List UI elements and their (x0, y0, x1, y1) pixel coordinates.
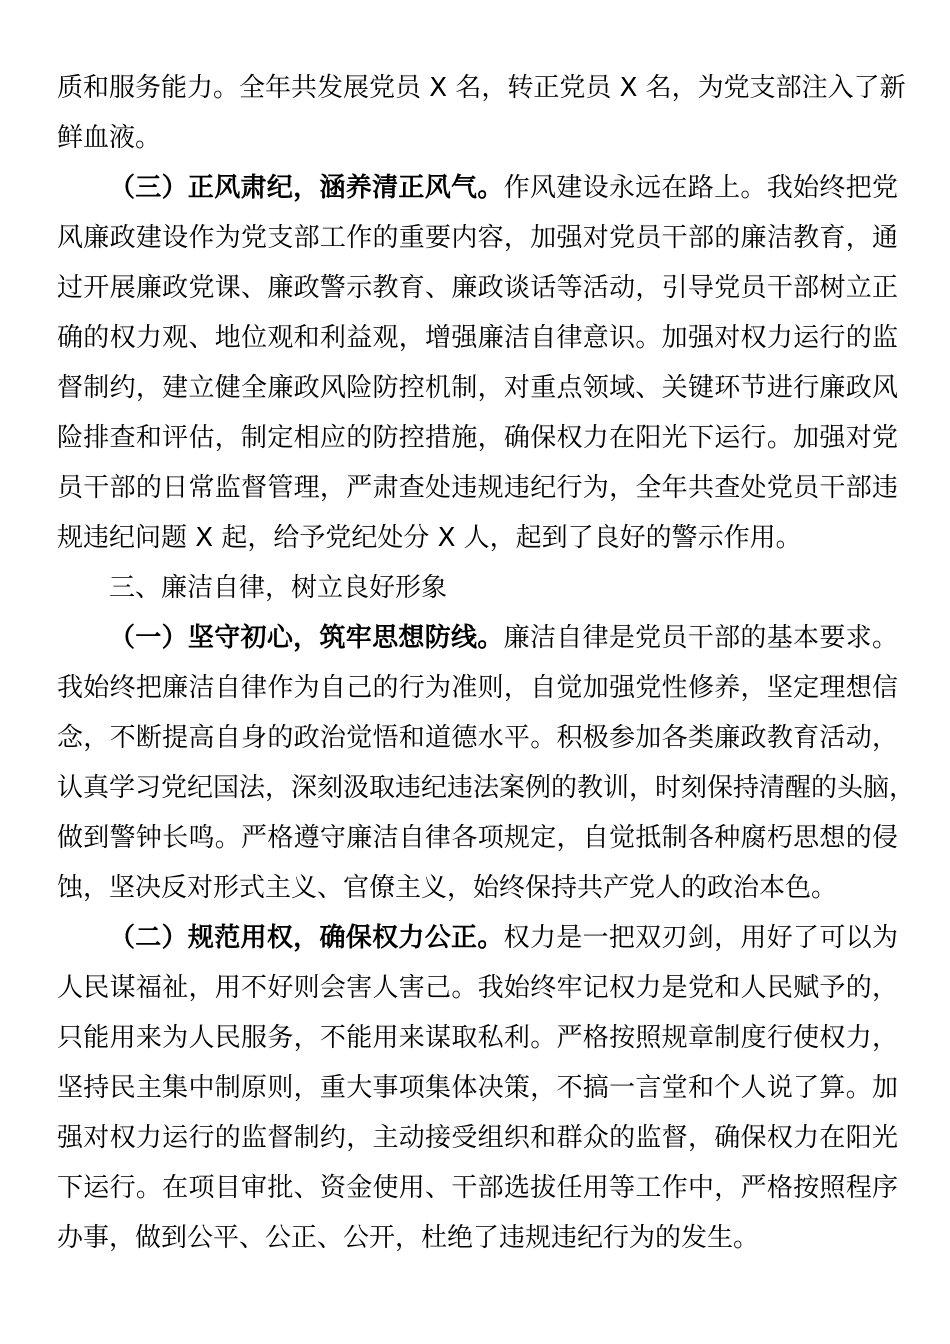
body-text: 员干部的日常监督管理，严肃查处违规违纪行为，全年共查处党员干部违 (57, 473, 898, 503)
heading-bold-text: （一）坚守初心，筑牢思想防线。 (109, 623, 504, 653)
text-line: （二）规范用权，确保权力公正。权力是一把双刃剑，用好了可以为 (57, 913, 898, 963)
text-line: 过开展廉政党课、廉政警示教育、廉政谈话等活动，引导党员干部树立正 (57, 263, 898, 313)
body-text: 确的权力观、地位观和利益观，增强廉洁自律意识。加强对权力运行的监 (57, 323, 898, 353)
text-line: 只能用来为人民服务，不能用来谋取私利。严格按照规章制度行使权力， (57, 1013, 898, 1063)
body-text: 鲜血液。 (57, 123, 161, 153)
document-body: 质和服务能力。全年共发展党员 X 名，转正党员 X 名，为党支部注入了新鲜血液。… (57, 63, 898, 1263)
text-line: 员干部的日常监督管理，严肃查处违规违纪行为，全年共查处党员干部违 (57, 463, 898, 513)
text-line: （一）坚守初心，筑牢思想防线。廉洁自律是党员干部的基本要求。 (57, 613, 898, 663)
body-text: 廉洁自律是党员干部的基本要求。 (504, 623, 898, 653)
text-line: 坚持民主集中制原则，重大事项集体决策，不搞一言堂和个人说了算。加 (57, 1063, 898, 1113)
body-text: 办事，做到公平、公正、公开，杜绝了违规违纪行为的发生。 (57, 1223, 759, 1253)
text-line: 认真学习党纪国法，深刻汲取违纪违法案例的教训，时刻保持清醒的头脑， (57, 763, 898, 813)
body-text: 只能用来为人民服务，不能用来谋取私利。严格按照规章制度行使权力， (57, 1023, 898, 1053)
text-line: 确的权力观、地位观和利益观，增强廉洁自律意识。加强对权力运行的监 (57, 313, 898, 363)
body-text: 风廉政建设作为党支部工作的重要内容，加强对党员干部的廉洁教育，通 (57, 223, 898, 253)
heading-bold-text: （三）正风肃纪，涵养清正风气。 (109, 173, 504, 203)
text-line: 督制约，建立健全廉政风险防控机制，对重点领域、关键环节进行廉政风 (57, 363, 898, 413)
text-line: 风廉政建设作为党支部工作的重要内容，加强对党员干部的廉洁教育，通 (57, 213, 898, 263)
body-text: 坚持民主集中制原则，重大事项集体决策，不搞一言堂和个人说了算。加 (57, 1073, 898, 1103)
text-line: 办事，做到公平、公正、公开，杜绝了违规违纪行为的发生。 (57, 1213, 898, 1263)
document-page: 质和服务能力。全年共发展党员 X 名，转正党员 X 名，为党支部注入了新鲜血液。… (0, 0, 950, 1344)
body-text: 质和服务能力。全年共发展党员 X 名，转正党员 X 名，为党支部注入了新 (57, 73, 906, 103)
text-line: （三）正风肃纪，涵养清正风气。作风建设永远在路上。我始终把党 (57, 163, 898, 213)
text-line: 下运行。在项目审批、资金使用、干部选拔任用等工作中，严格按照程序 (57, 1163, 898, 1213)
body-text: 过开展廉政党课、廉政警示教育、廉政谈话等活动，引导党员干部树立正 (57, 273, 898, 303)
text-line: 蚀，坚决反对形式主义、官僚主义，始终保持共产党人的政治本色。 (57, 863, 898, 913)
body-text: 下运行。在项目审批、资金使用、干部选拔任用等工作中，严格按照程序 (57, 1173, 898, 1203)
text-line: 做到警钟长鸣。严格遵守廉洁自律各项规定，自觉抵制各种腐朽思想的侵 (57, 813, 898, 863)
text-line: 念，不断提高自身的政治觉悟和道德水平。积极参加各类廉政教育活动， (57, 713, 898, 763)
body-text: 念，不断提高自身的政治觉悟和道德水平。积极参加各类廉政教育活动， (57, 723, 898, 753)
text-line: 鲜血液。 (57, 113, 898, 163)
body-text: 作风建设永远在路上。我始终把党 (504, 173, 898, 203)
body-text: 人民谋福祉，用不好则会害人害己。我始终牢记权力是党和人民赋予的， (57, 973, 898, 1003)
body-text: 督制约，建立健全廉政风险防控机制，对重点领域、关键环节进行廉政风 (57, 373, 898, 403)
text-line: 险排查和评估，制定相应的防控措施，确保权力在阳光下运行。加强对党 (57, 413, 898, 463)
body-text: 做到警钟长鸣。严格遵守廉洁自律各项规定，自觉抵制各种腐朽思想的侵 (57, 823, 898, 853)
body-text: 权力是一把双刃剑，用好了可以为 (504, 923, 898, 953)
body-text: 强对权力运行的监督制约，主动接受组织和群众的监督，确保权力在阳光 (57, 1123, 898, 1153)
heading-bold-text: （二）规范用权，确保权力公正。 (109, 923, 504, 953)
body-text: 我始终把廉洁自律作为自己的行为准则，自觉加强党性修养，坚定理想信 (57, 673, 898, 703)
body-text: 蚀，坚决反对形式主义、官僚主义，始终保持共产党人的政治本色。 (57, 873, 837, 903)
body-text: 认真学习党纪国法，深刻汲取违纪违法案例的教训，时刻保持清醒的头脑， (57, 773, 915, 803)
text-line: 质和服务能力。全年共发展党员 X 名，转正党员 X 名，为党支部注入了新 (57, 63, 898, 113)
body-text: 险排查和评估，制定相应的防控措施，确保权力在阳光下运行。加强对党 (57, 423, 898, 453)
body-text: 规违纪问题 X 起，给予党纪处分 X 人，起到了良好的警示作用。 (57, 523, 802, 553)
text-line: 强对权力运行的监督制约，主动接受组织和群众的监督，确保权力在阳光 (57, 1113, 898, 1163)
text-line: 我始终把廉洁自律作为自己的行为准则，自觉加强党性修养，坚定理想信 (57, 663, 898, 713)
body-text: 三、廉洁自律，树立良好形象 (109, 573, 447, 603)
text-line: 规违纪问题 X 起，给予党纪处分 X 人，起到了良好的警示作用。 (57, 513, 898, 563)
text-line: 三、廉洁自律，树立良好形象 (57, 563, 898, 613)
text-line: 人民谋福祉，用不好则会害人害己。我始终牢记权力是党和人民赋予的， (57, 963, 898, 1013)
